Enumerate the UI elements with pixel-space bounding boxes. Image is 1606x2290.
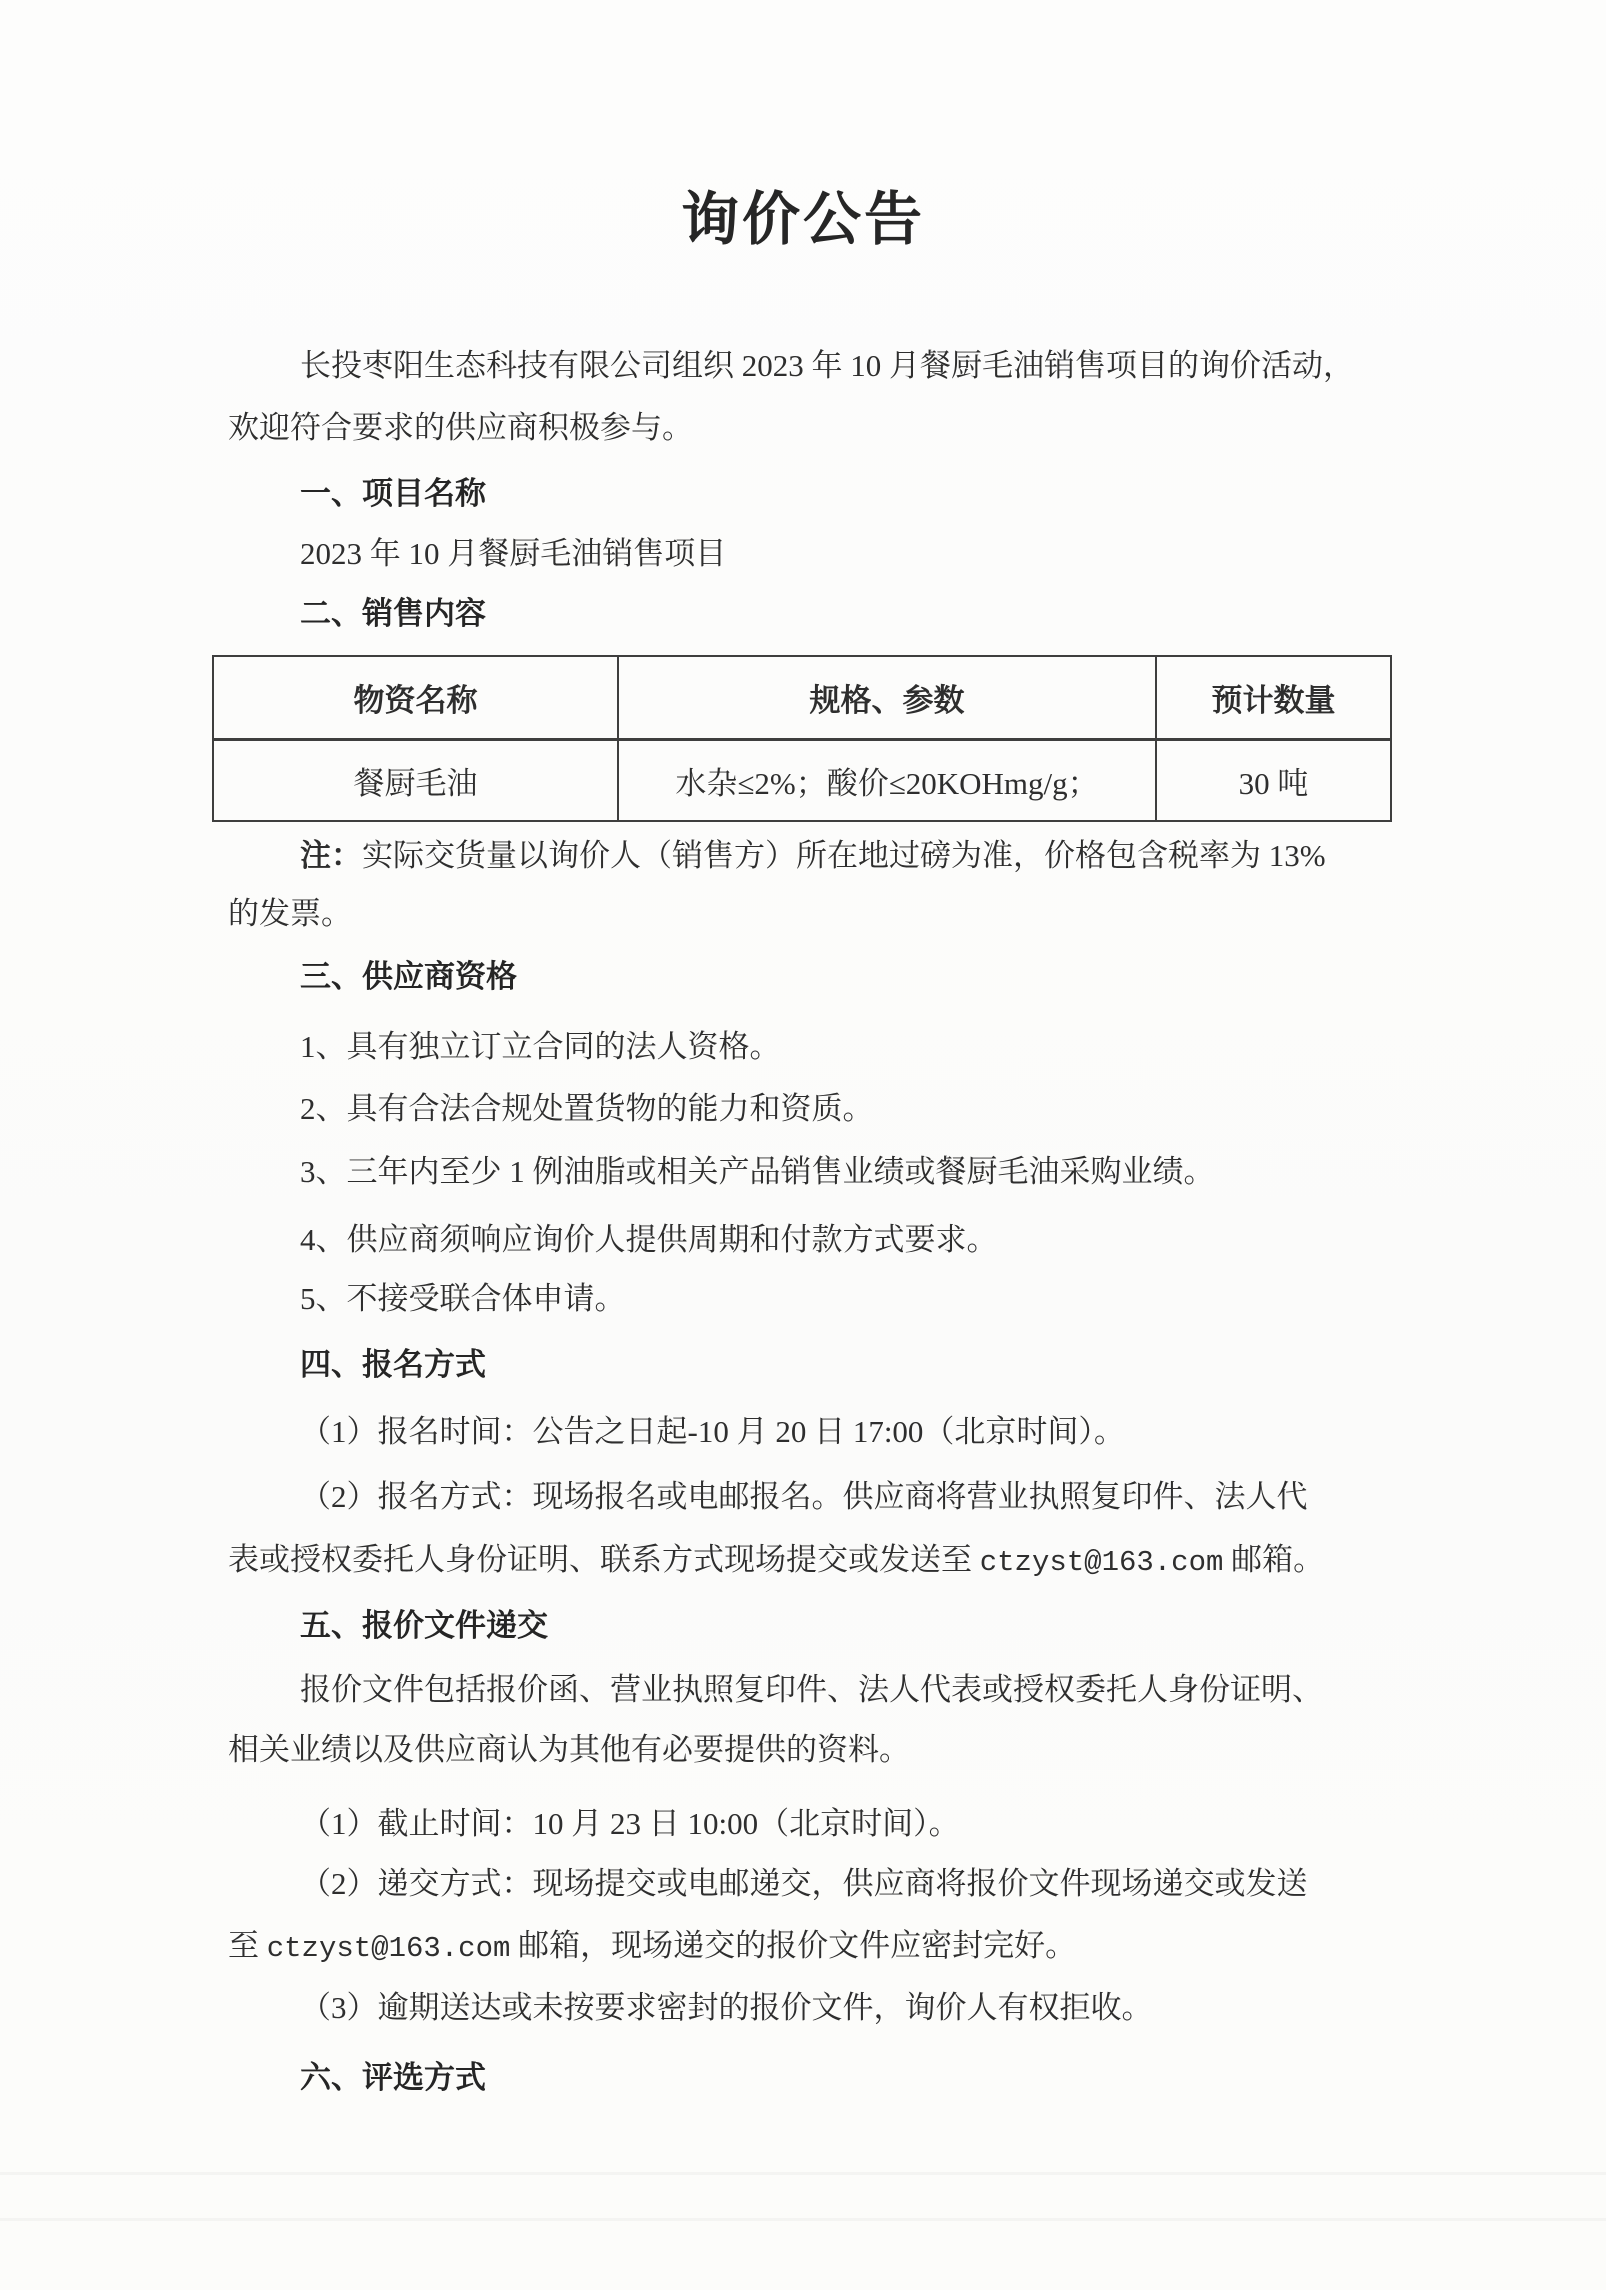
- section5-item-3: （3）逾期送达或未按要求密封的报价文件，询价人有权拒收。: [228, 1977, 1468, 2039]
- table-header-quantity: 预计数量: [1156, 656, 1391, 739]
- section4-item-2-line-2: 表或授权委托人身份证明、联系方式现场提交或发送至 ctzyst@163.com …: [228, 1529, 1468, 1591]
- submission-email: ctzyst@163.com: [267, 1932, 511, 1965]
- section5-heading: 五、报价文件递交: [228, 1595, 1468, 1657]
- section3-item-2: 2、具有合法合规处置货物的能力和资质。: [228, 1078, 1468, 1140]
- section3-item-1: 1、具有独立订立合同的法人资格。: [228, 1016, 1468, 1078]
- table-cell-quantity: 30 吨: [1156, 739, 1391, 821]
- document-title: 询价公告: [0, 186, 1606, 254]
- section1-body: 2023 年 10 月餐厨毛油销售项目: [228, 523, 1468, 585]
- section4-item-2-post: 邮箱。: [1223, 1542, 1324, 1577]
- section5-item-2-line-1: （2）递交方式：现场提交或电邮递交，供应商将报价文件现场递交或发送: [228, 1853, 1468, 1915]
- scan-artifact-streak: [0, 2218, 1606, 2221]
- section4-heading: 四、报名方式: [228, 1334, 1468, 1396]
- scan-artifact-streak: [0, 2172, 1606, 2175]
- section1-heading: 一、项目名称: [228, 463, 1468, 525]
- table-cell-spec: 水杂≤2%；酸价≤20KOHmg/g；: [618, 739, 1156, 821]
- note-text: 实际交货量以询价人（销售方）所在地过磅为准，价格包含税率为 13%: [362, 838, 1326, 873]
- section4-item-2-pre: 表或授权委托人身份证明、联系方式现场提交或发送至: [228, 1542, 980, 1577]
- section3-item-4: 4、供应商须响应询价人提供周期和付款方式要求。: [228, 1209, 1468, 1271]
- section4-item-1: （1）报名时间：公告之日起-10 月 20 日 17:00（北京时间）。: [228, 1401, 1468, 1463]
- sale-content-table: 物资名称 规格、参数 预计数量 餐厨毛油 水杂≤2%；酸价≤20KOHmg/g；…: [212, 655, 1392, 822]
- table-row: 餐厨毛油 水杂≤2%；酸价≤20KOHmg/g； 30 吨: [213, 739, 1391, 821]
- table-header-material: 物资名称: [213, 656, 618, 739]
- section5-body-line-1: 报价文件包括报价函、营业执照复印件、法人代表或授权委托人身份证明、: [228, 1659, 1468, 1721]
- intro-line-1: 长投枣阳生态科技有限公司组织 2023 年 10 月餐厨毛油销售项目的询价活动，: [228, 335, 1468, 397]
- note-label: 注：: [300, 838, 362, 873]
- section5-body-line-2: 相关业绩以及供应商认为其他有必要提供的资料。: [228, 1719, 1468, 1781]
- section6-heading: 六、评选方式: [228, 2047, 1468, 2109]
- section5-item-2-pre: 至: [228, 1928, 267, 1963]
- table-header-spec: 规格、参数: [618, 656, 1156, 739]
- section4-item-2-line-1: （2）报名方式：现场报名或电邮报名。供应商将营业执照复印件、法人代: [228, 1466, 1468, 1528]
- section2-heading: 二、销售内容: [228, 583, 1468, 645]
- section5-item-2-post: 邮箱，现场递交的报价文件应密封完好。: [510, 1928, 1076, 1963]
- note-line-1: 注：实际交货量以询价人（销售方）所在地过磅为准，价格包含税率为 13%: [228, 825, 1468, 887]
- section3-item-3: 3、三年内至少 1 例油脂或相关产品销售业绩或餐厨毛油采购业绩。: [228, 1141, 1468, 1203]
- section3-item-5: 5、不接受联合体申请。: [228, 1268, 1468, 1330]
- section5-item-1: （1）截止时间：10 月 23 日 10:00（北京时间）。: [228, 1793, 1468, 1855]
- intro-line-2: 欢迎符合要求的供应商积极参与。: [228, 397, 1468, 459]
- section5-item-2-line-2: 至 ctzyst@163.com 邮箱，现场递交的报价文件应密封完好。: [228, 1915, 1468, 1977]
- note-line-2: 的发票。: [228, 883, 1468, 945]
- table-header-row: 物资名称 规格、参数 预计数量: [213, 656, 1391, 739]
- table-cell-material: 餐厨毛油: [213, 739, 618, 821]
- document-page: 询价公告 长投枣阳生态科技有限公司组织 2023 年 10 月餐厨毛油销售项目的…: [0, 0, 1606, 2290]
- contact-email: ctzyst@163.com: [980, 1546, 1224, 1579]
- section3-heading: 三、供应商资格: [228, 946, 1468, 1008]
